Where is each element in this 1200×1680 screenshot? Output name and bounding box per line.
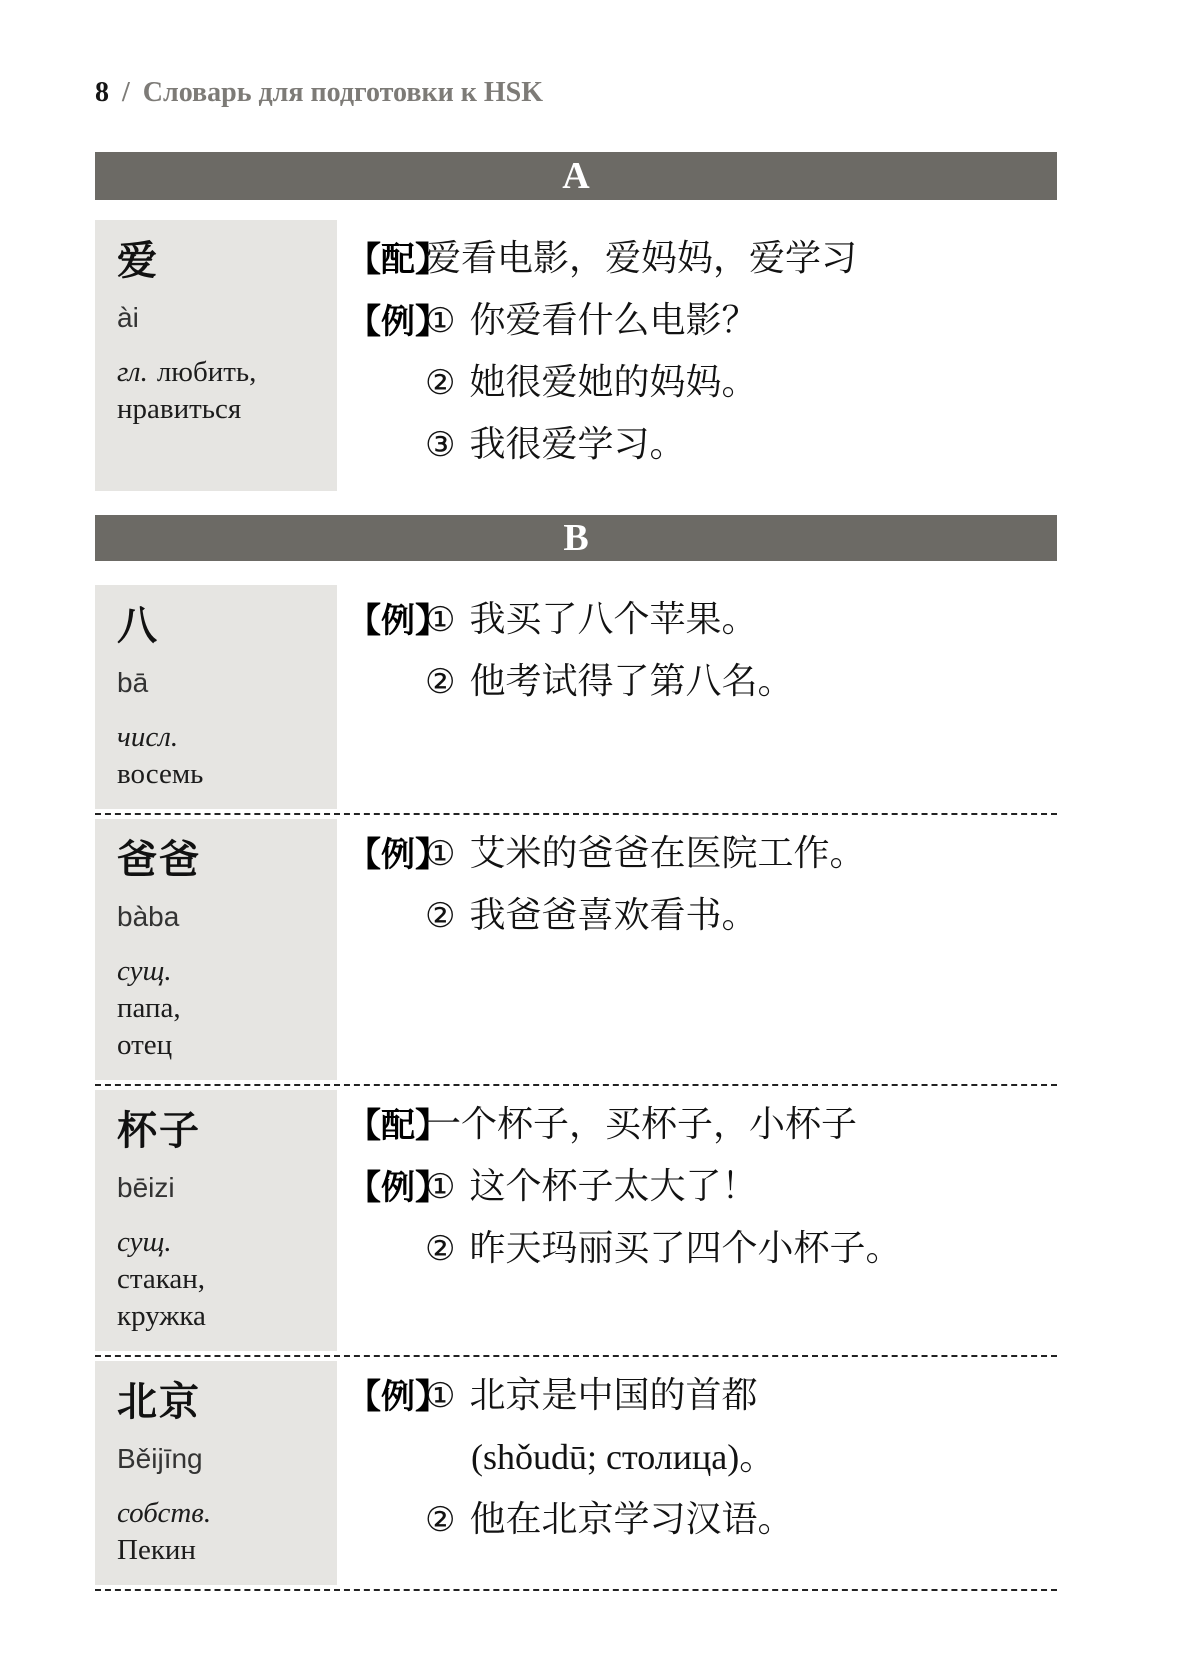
example-text: 你爱看什么电影？ xyxy=(469,300,757,340)
page-number: 8 xyxy=(95,77,109,108)
section-a-entries: 爱 ài гл.любить, нравиться 【配】爱看电影，爱妈妈，爱学… xyxy=(95,220,1057,491)
example-number: ① xyxy=(425,303,455,340)
part-of-speech: сущ. xyxy=(117,955,172,987)
translation: стакан, xyxy=(117,1263,205,1295)
translation: папа, xyxy=(117,992,181,1024)
example-number: ② xyxy=(425,664,455,701)
example-line: ③我很爱学习。 xyxy=(347,414,1057,476)
example-label: 【例】 xyxy=(347,292,425,352)
translation: Пекин xyxy=(117,1534,196,1566)
definition-line: числ. xyxy=(117,719,317,756)
entry-head-box: 杯子 bēizi сущ. стакан, кружка xyxy=(95,1090,337,1351)
part-of-speech: числ. xyxy=(117,721,178,753)
example-line: 【例】①这个杯子太大了！ xyxy=(347,1156,1057,1218)
dictionary-entry-beizi: 杯子 bēizi сущ. стакан, кружка 【配】一个杯子，买杯 xyxy=(95,1086,1057,1357)
definition-line: собств. xyxy=(117,1495,317,1532)
example-number: ① xyxy=(425,1378,455,1415)
entry-head-box: 爸爸 bàba сущ. папа, отец xyxy=(95,819,337,1080)
translation: восемь xyxy=(117,758,203,790)
section-b-entries: 八 bā числ. восемь 【例】①我买了八个苹果。 ②他考试得了第八名… xyxy=(95,581,1057,1591)
example-line: ②他考试得了第八名。 xyxy=(347,651,1057,713)
section-banner-a: A xyxy=(95,152,1057,200)
example-text: 我买了八个苹果。 xyxy=(469,599,757,639)
example-number: ① xyxy=(425,1169,455,1206)
running-head: 8 / Словарь для подготовки к HSK xyxy=(95,0,1057,110)
example-line: 【例】①我买了八个苹果。 xyxy=(347,589,1057,651)
definition-line: Пекин xyxy=(117,1532,317,1569)
example-text: (shǒudū; столица)。 xyxy=(425,1437,775,1477)
definition-block: гл.любить, нравиться xyxy=(117,354,317,428)
definition-line: нравиться xyxy=(117,391,317,428)
entry-examples: 【例】①北京是中国的首都 (shǒudū; столица)。 ②他在北京学习汉… xyxy=(347,1357,1057,1589)
entry-head-box: 爱 ài гл.любить, нравиться xyxy=(95,220,337,491)
example-text: 她很爱她的妈妈。 xyxy=(469,362,757,402)
collocation-text: 一个杯子，买杯子，小杯子 xyxy=(425,1104,857,1144)
translation: нравиться xyxy=(117,393,241,425)
definition-line: папа, xyxy=(117,990,317,1027)
headword: 北京 xyxy=(117,1379,317,1425)
definition-block: собств. Пекин xyxy=(117,1495,317,1569)
part-of-speech: гл. xyxy=(117,356,148,388)
entry-examples: 【例】①艾米的爸爸在医院工作。 ②我爸爸喜欢看书。 xyxy=(347,815,1057,1084)
example-number: ② xyxy=(425,1502,455,1539)
example-text: 他考试得了第八名。 xyxy=(469,661,793,701)
example-number: ② xyxy=(425,898,455,935)
example-label: 【例】 xyxy=(347,1158,425,1218)
example-line: 【例】①北京是中国的首都 xyxy=(347,1365,1057,1427)
definition-line: кружка xyxy=(117,1298,317,1335)
pinyin: bàba xyxy=(117,901,317,933)
section-banner-b: B xyxy=(95,515,1057,561)
headword: 爱 xyxy=(117,238,317,284)
entry-head-box: 北京 Běijīng собств. Пекин xyxy=(95,1361,337,1585)
example-number: ② xyxy=(425,1231,455,1268)
collocation-line: 【配】一个杯子，买杯子，小杯子 xyxy=(347,1094,1057,1156)
dictionary-entry-ai: 爱 ài гл.любить, нравиться 【配】爱看电影，爱妈妈，爱学… xyxy=(95,220,1057,491)
headword: 爸爸 xyxy=(117,837,317,883)
example-number: ③ xyxy=(425,427,455,464)
section-letter-b: B xyxy=(563,517,588,559)
example-label: 【例】 xyxy=(347,591,425,651)
header-title: Словарь для подготовки к HSK xyxy=(143,77,543,108)
dictionary-page: 8 / Словарь для подготовки к HSK A 爱 ài … xyxy=(95,0,1057,1591)
example-text: 我很爱学习。 xyxy=(469,424,685,464)
example-text: 这个杯子太大了！ xyxy=(469,1166,757,1206)
collocation-label: 【配】 xyxy=(347,1096,425,1156)
example-number: ② xyxy=(425,365,455,402)
example-line: ②她很爱她的妈妈。 xyxy=(347,352,1057,414)
definition-block: числ. восемь xyxy=(117,719,317,793)
dictionary-entry-beijing: 北京 Běijīng собств. Пекин 【例】①北京是中国的首都 (s… xyxy=(95,1357,1057,1591)
example-line: ②昨天玛丽买了四个小杯子。 xyxy=(347,1218,1057,1280)
collocation-line: 【配】爱看电影，爱妈妈，爱学习 xyxy=(347,228,1057,290)
example-line: 【例】①艾米的爸爸在医院工作。 xyxy=(347,823,1057,885)
pinyin: ài xyxy=(117,302,317,334)
pinyin: bēizi xyxy=(117,1172,317,1204)
collocation-text: 爱看电影，爱妈妈，爱学习 xyxy=(425,238,857,278)
example-line: ②我爸爸喜欢看书。 xyxy=(347,885,1057,947)
definition-line: гл.любить, xyxy=(117,354,317,391)
example-line: ②他在北京学习汉语。 xyxy=(347,1489,1057,1551)
pinyin: Běijīng xyxy=(117,1443,317,1475)
example-text: 他在北京学习汉语。 xyxy=(469,1499,793,1539)
entry-examples: 【例】①我买了八个苹果。 ②他考试得了第八名。 xyxy=(347,581,1057,813)
definition-line: отец xyxy=(117,1027,317,1064)
section-letter-a: A xyxy=(562,155,589,197)
dictionary-entry-ba: 八 bā числ. восемь 【例】①我买了八个苹果。 ②他考试得了第八名… xyxy=(95,581,1057,815)
definition-line: сущ. xyxy=(117,1224,317,1261)
headword: 杯子 xyxy=(117,1108,317,1154)
example-label: 【例】 xyxy=(347,825,425,885)
definition-block: сущ. стакан, кружка xyxy=(117,1224,317,1335)
entry-examples: 【配】爱看电影，爱妈妈，爱学习 【例】①你爱看什么电影？ ②她很爱她的妈妈。 ③… xyxy=(347,220,1057,491)
definition-block: сущ. папа, отец xyxy=(117,953,317,1064)
headword: 八 xyxy=(117,603,317,649)
translation: отец xyxy=(117,1029,172,1061)
header-separator: / xyxy=(116,77,136,108)
entry-head-box: 八 bā числ. восемь xyxy=(95,585,337,809)
example-continuation-line: (shǒudū; столица)。 xyxy=(347,1427,1057,1489)
dictionary-entry-baba: 爸爸 bàba сущ. папа, отец 【例】①艾米的爸爸在医院工作。 xyxy=(95,815,1057,1086)
example-text: 昨天玛丽买了四个小杯子。 xyxy=(469,1228,901,1268)
entry-examples: 【配】一个杯子，买杯子，小杯子 【例】①这个杯子太大了！ ②昨天玛丽买了四个小杯… xyxy=(347,1086,1057,1355)
definition-line: сущ. xyxy=(117,953,317,990)
translation: любить, xyxy=(157,356,257,388)
collocation-label: 【配】 xyxy=(347,230,425,290)
example-text: 北京是中国的首都 xyxy=(469,1375,757,1415)
translation: кружка xyxy=(117,1300,206,1332)
definition-line: стакан, xyxy=(117,1261,317,1298)
example-text: 艾米的爸爸在医院工作。 xyxy=(469,833,865,873)
example-text: 我爸爸喜欢看书。 xyxy=(469,895,757,935)
part-of-speech: сущ. xyxy=(117,1226,172,1258)
definition-line: восемь xyxy=(117,756,317,793)
example-label: 【例】 xyxy=(347,1367,425,1427)
example-number: ① xyxy=(425,602,455,639)
example-number: ① xyxy=(425,836,455,873)
part-of-speech: собств. xyxy=(117,1497,211,1529)
example-line: 【例】①你爱看什么电影？ xyxy=(347,290,1057,352)
pinyin: bā xyxy=(117,667,317,699)
